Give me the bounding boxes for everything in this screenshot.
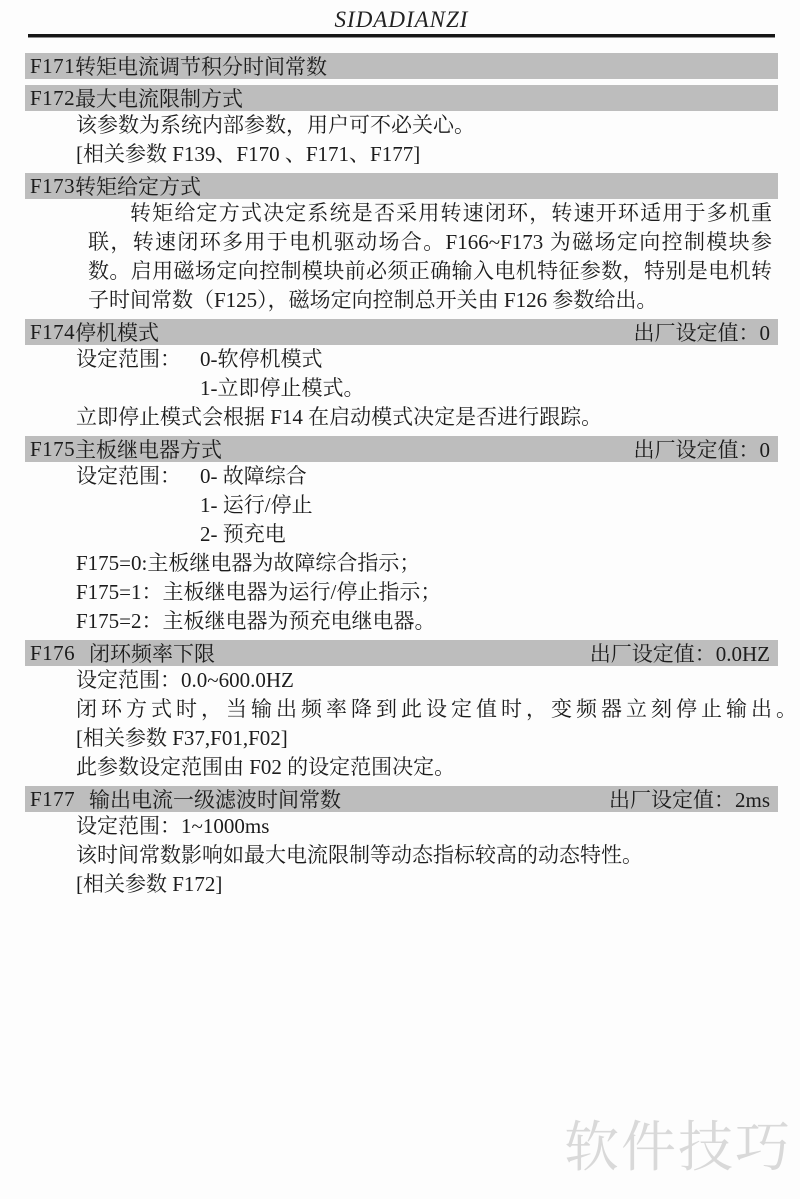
param-code: F175 bbox=[30, 437, 75, 462]
param-line: 设定范围：0-软停机模式 bbox=[25, 345, 778, 374]
factory-default-value: 出厂设定值：0 bbox=[634, 317, 771, 347]
param-line: 2- 预充电 bbox=[25, 520, 778, 549]
param-header-bar: F171转矩电流调节积分时间常数 bbox=[25, 53, 778, 79]
param-lines: 转矩给定方式决定系统是否采用转速闭环，转速开环适用于多机重联，转速闭环多用于电机… bbox=[25, 199, 778, 315]
param-line: [相关参数 F139、F170 、F171、F177] bbox=[25, 140, 778, 169]
param-line: [相关参数 F172] bbox=[25, 870, 778, 899]
param-section: F173转矩给定方式转矩给定方式决定系统是否采用转速闭环，转速开环适用于多机重联… bbox=[25, 173, 778, 315]
param-header-bar: F175主板继电器方式出厂设定值：0 bbox=[25, 436, 778, 462]
param-section: F172最大电流限制方式该参数为系统内部参数，用户可不必关心。[相关参数 F13… bbox=[25, 85, 778, 169]
page-header-title: SIDADIANZI bbox=[25, 8, 778, 32]
param-header-bar: F173转矩给定方式 bbox=[25, 173, 778, 199]
range-value: 0- 故障综合 bbox=[200, 464, 307, 488]
param-title: 转矩给定方式 bbox=[75, 171, 201, 201]
param-line: 该时间常数影响如最大电流限制等动态指标较高的动态特性。 bbox=[25, 841, 778, 870]
param-line: F175=0:主板继电器为故障综合指示； bbox=[25, 549, 778, 578]
range-label: 设定范围： bbox=[76, 345, 200, 374]
param-title: 主板继电器方式 bbox=[75, 434, 222, 464]
param-section: F176闭环频率下限出厂设定值：0.0HZ设定范围：0.0~600.0HZ闭环方… bbox=[25, 640, 778, 782]
param-line: 该参数为系统内部参数，用户可不必关心。 bbox=[25, 111, 778, 140]
param-line: F175=1：主板继电器为运行/停止指示； bbox=[25, 578, 778, 607]
param-header-bar: F172最大电流限制方式 bbox=[25, 85, 778, 111]
param-lines: 设定范围：1~1000ms该时间常数影响如最大电流限制等动态指标较高的动态特性。… bbox=[25, 812, 778, 899]
param-line: 此参数设定范围由 F02 的设定范围决定。 bbox=[25, 753, 778, 782]
watermark: 软件技巧 bbox=[564, 1103, 792, 1182]
param-line: 设定范围：0- 故障综合 bbox=[25, 462, 778, 491]
param-line: 设定范围：0.0~600.0HZ bbox=[25, 666, 778, 695]
param-header-bar: F176闭环频率下限出厂设定值：0.0HZ bbox=[25, 640, 778, 666]
param-line: 1-立即停止模式。 bbox=[25, 374, 778, 403]
param-line: [相关参数 F37,F01,F02] bbox=[25, 724, 778, 753]
param-title: 闭环频率下限 bbox=[89, 638, 215, 668]
param-code: F172 bbox=[30, 86, 75, 111]
document-page: SIDADIANZI F171转矩电流调节积分时间常数F172最大电流限制方式该… bbox=[0, 0, 800, 1199]
param-line: 设定范围：1~1000ms bbox=[25, 812, 778, 841]
param-line: 立即停止模式会根据 F14 在启动模式决定是否进行跟踪。 bbox=[25, 403, 778, 432]
sections: F171转矩电流调节积分时间常数F172最大电流限制方式该参数为系统内部参数，用… bbox=[25, 53, 778, 899]
param-section: F174停机模式出厂设定值：0设定范围：0-软停机模式1-立即停止模式。立即停止… bbox=[25, 319, 778, 432]
param-lines: 设定范围：0-软停机模式1-立即停止模式。立即停止模式会根据 F14 在启动模式… bbox=[25, 345, 778, 432]
param-title: 输出电流一级滤波时间常数 bbox=[89, 784, 341, 814]
range-value: 0-软停机模式 bbox=[200, 347, 323, 371]
param-line: 转矩给定方式决定系统是否采用转速闭环，转速开环适用于多机重联，转速闭环多用于电机… bbox=[25, 199, 778, 315]
param-lines: 设定范围：0.0~600.0HZ闭环方式时，当输出频率降到此设定值时，变频器立刻… bbox=[25, 666, 778, 782]
factory-default-value: 出厂设定值：0.0HZ bbox=[590, 638, 770, 668]
param-header-bar: F177输出电流一级滤波时间常数出厂设定值：2ms bbox=[25, 786, 778, 812]
param-title: 最大电流限制方式 bbox=[75, 83, 243, 113]
param-section: F177输出电流一级滤波时间常数出厂设定值：2ms设定范围：1~1000ms该时… bbox=[25, 786, 778, 899]
param-line: 1- 运行/停止 bbox=[25, 491, 778, 520]
param-code: F176 bbox=[30, 641, 75, 666]
param-line: F175=2：主板继电器为预充电继电器。 bbox=[25, 607, 778, 636]
range-label: 设定范围： bbox=[76, 462, 200, 491]
param-lines: 该参数为系统内部参数，用户可不必关心。[相关参数 F139、F170 、F171… bbox=[25, 111, 778, 169]
param-header-bar: F174停机模式出厂设定值：0 bbox=[25, 319, 778, 345]
param-code: F174 bbox=[30, 320, 75, 345]
factory-default-value: 出厂设定值：0 bbox=[634, 434, 771, 464]
header-rule bbox=[28, 34, 775, 38]
factory-default-value: 出厂设定值：2ms bbox=[609, 784, 770, 814]
param-section: F171转矩电流调节积分时间常数 bbox=[25, 53, 778, 79]
param-line: 闭环方式时，当输出频率降到此设定值时，变频器立刻停止输出。 bbox=[25, 695, 778, 724]
param-title: 停机模式 bbox=[75, 317, 159, 347]
param-code: F173 bbox=[30, 174, 75, 199]
param-code: F171 bbox=[30, 54, 75, 79]
param-section: F175主板继电器方式出厂设定值：0设定范围：0- 故障综合1- 运行/停止2-… bbox=[25, 436, 778, 636]
param-code: F177 bbox=[30, 787, 75, 812]
param-title: 转矩电流调节积分时间常数 bbox=[75, 51, 327, 81]
param-lines: 设定范围：0- 故障综合1- 运行/停止2- 预充电F175=0:主板继电器为故… bbox=[25, 462, 778, 636]
